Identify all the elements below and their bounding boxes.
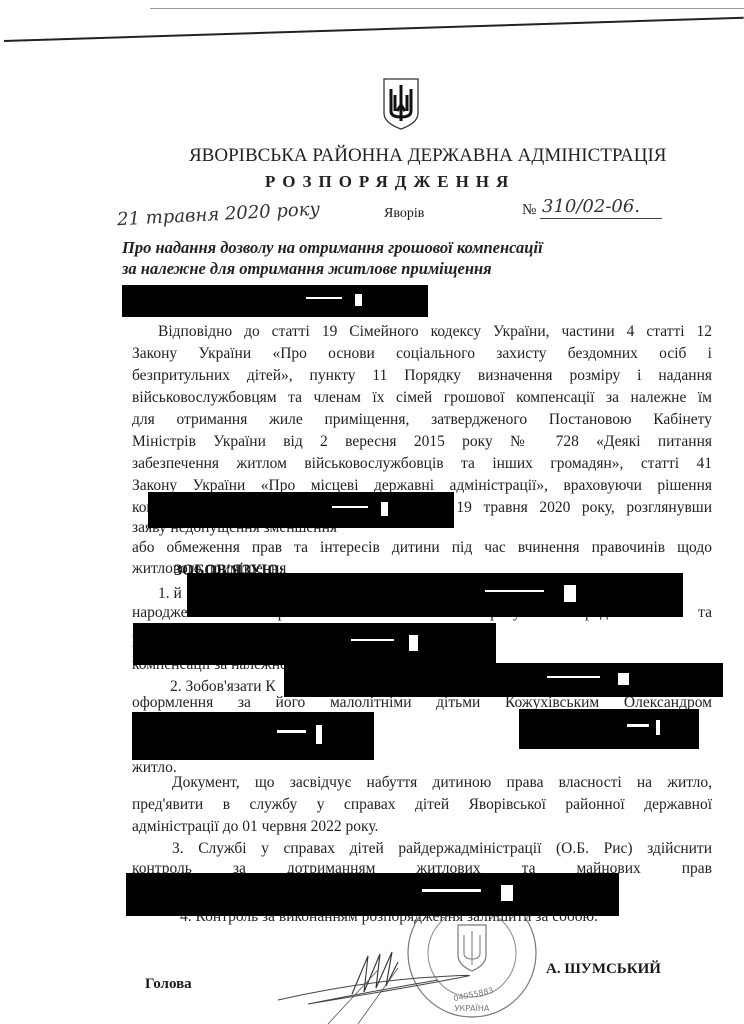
redaction-block: [126, 873, 619, 916]
preamble-line: військовослужбовцям та членам їх сімей г…: [132, 389, 712, 407]
redaction-block: [133, 623, 496, 665]
redaction-block: [132, 712, 374, 760]
preamble-line: або обмеження прав та інтересів дитини п…: [132, 539, 712, 557]
scan-edge-line: [150, 8, 744, 9]
document-number: 310/02-06.: [542, 196, 640, 217]
redaction-block: [284, 663, 723, 697]
document-paragraph-line: пред'явити в службу у справах дітей Явор…: [132, 796, 712, 814]
item-3-line: 3. Службі у справах дітей райдержадмініс…: [172, 840, 712, 858]
subject-line-2: за належне для отримання житлове приміще…: [122, 259, 492, 279]
document-date: 21 травня 2020 року: [117, 199, 321, 231]
preamble-line: Відповідно до статті 19 Сімейного кодекс…: [158, 323, 712, 341]
signatory-name: А. ШУМСЬКИЙ: [546, 961, 661, 978]
organization-title: ЯВОРІВСЬКА РАЙОННА ДЕРЖАВНА АДМІНІСТРАЦІ…: [189, 145, 666, 167]
document-paragraph-line: адміністрації до 01 червня 2022 року.: [132, 818, 712, 836]
preamble-line: для отримання жиле приміщення, затвердже…: [132, 411, 712, 429]
redaction-block: [122, 285, 428, 317]
number-underline: [540, 218, 662, 219]
document-paragraph-line: Документ, що засвідчує набуття дитиною п…: [172, 774, 712, 792]
redaction-block: [519, 709, 699, 749]
redaction-block: [187, 573, 683, 617]
document-type: РОЗПОРЯДЖЕННЯ: [265, 172, 515, 192]
redaction-block: [148, 492, 454, 528]
scan-edge-line: [4, 17, 744, 42]
subject-line-1: Про надання дозволу на отримання грошово…: [122, 238, 543, 258]
preamble-line: забезпечення житлом військовослужбовців …: [132, 455, 712, 473]
preamble-line: Міністрів України від 2 вересня 2015 рок…: [132, 433, 712, 451]
number-sign: №: [522, 202, 536, 219]
signatory-position: Голова: [145, 976, 192, 993]
signature-scribble: [268, 940, 498, 1024]
preamble-line: Закону України «Про основи соціального з…: [132, 345, 712, 363]
city: Яворів: [384, 206, 424, 222]
preamble-line: безпритульних дітей», пункту 11 Порядку …: [132, 367, 712, 385]
trident-emblem-icon: [381, 77, 421, 131]
